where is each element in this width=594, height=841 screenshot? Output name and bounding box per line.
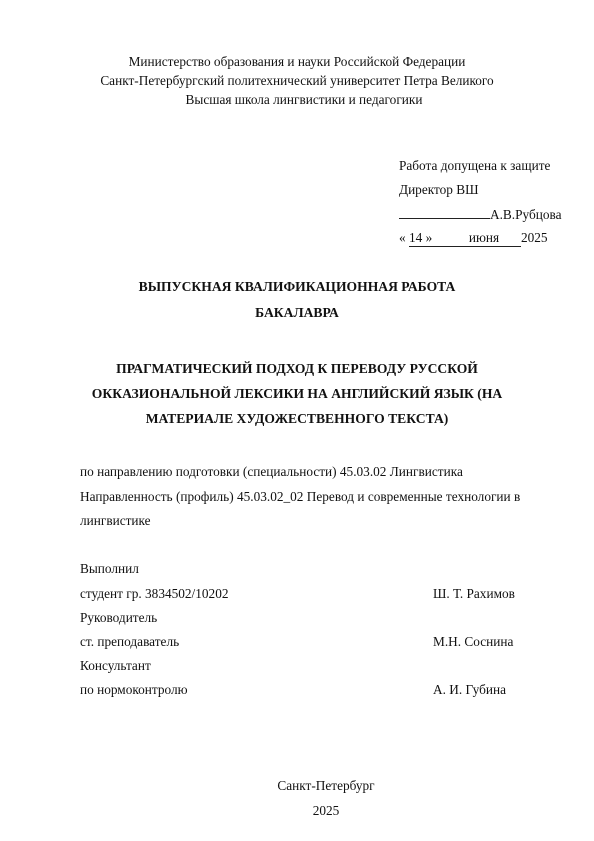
consultant-position: по нормоконтролю [80,682,188,698]
program-direction: по направлению подготовки (специальности… [80,464,463,480]
supervisor-name: М.Н. Соснина [433,634,513,650]
role-supervisor: Руководитель [80,610,157,626]
thesis-title-line1: ПРАГМАТИЧЕСКИЙ ПОДХОД К ПЕРЕВОДУ РУССКОЙ [0,361,594,377]
program-profile: Направленность (профиль) 45.03.02_02 Пер… [80,489,520,505]
director-signature-line: А.В.Рубцова [399,206,562,223]
thesis-title-line3: МАТЕРИАЛЕ ХУДОЖЕСТВЕННОГО ТЕКСТА) [0,411,594,427]
consultant-name: А. И. Губина [433,682,506,698]
signature-blank [399,206,490,219]
school-name: Высшая школа лингвистики и педагогики [0,90,594,110]
date-year: 2025 [521,230,548,245]
date-open-quote: « [399,230,406,245]
author-name: Ш. Т. Рахимов [433,586,515,602]
role-consultant: Консультант [80,658,151,674]
author-position: студент гр. 3834502/10202 [80,586,229,602]
city: Санкт-Петербург [0,778,594,794]
date-day: 14 » [409,230,447,247]
work-type-line2: БАКАЛАВРА [0,305,594,321]
date-month: июня [447,230,521,247]
work-type-line1: ВЫПУСКНАЯ КВАЛИФИКАЦИОННАЯ РАБОТА [0,279,594,295]
director-label: Директор ВШ [399,182,479,198]
thesis-title-line2: ОККАЗИОНАЛЬНОЙ ЛЕКСИКИ НА АНГЛИЙСКИЙ ЯЗЫ… [0,386,594,402]
director-name: А.В.Рубцова [490,207,562,222]
supervisor-position: ст. преподаватель [80,634,179,650]
program-profile-cont: лингвистике [80,513,151,529]
approval-label: Работа допущена к защите [399,158,550,174]
year: 2025 [0,803,594,819]
approval-date: « 14 »июня2025 [399,230,548,247]
university-name: Санкт-Петербургский политехнический унив… [0,71,594,91]
ministry-name: Министерство образования и науки Российс… [0,52,594,72]
role-author: Выполнил [80,561,139,577]
